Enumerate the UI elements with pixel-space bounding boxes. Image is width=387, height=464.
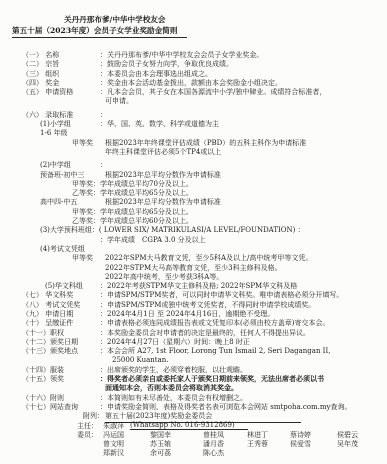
rule-prize-collection: （十五）领奖 ：得奖者必须亲自或委托家人于颁奖日期前来领奖，无法出席者必须以书	[0, 374, 387, 383]
criteria-senior: 高中四-中五 根据2023年总平均分数作为申请标准	[0, 197, 387, 206]
rule-documents: （十） 呈缴证件 ：申请表格必须连同成绩报告表或文凭复印本(必须由校方盖章)寄交…	[0, 318, 387, 327]
member-name: 余可荔	[150, 448, 171, 458]
members-row-1: 委员： 冯运国 黎国幸 曾桂凤 林进丁 蔡诗婷 侯碧云	[0, 430, 387, 439]
rule-chinese-award: （七） 华文科奖 ：申请SPM/STPM奖者，可以同时申请华文科奖。唯申请表格必…	[0, 290, 387, 299]
rule-eligibility: （五） 申请资格 ：凡本会会员，其子女在本国各源流中小学/独中肄业。成绩符合标准…	[0, 87, 387, 96]
criteria-cert-line3: 2022年高中统考，至少考获3科A等。	[0, 272, 387, 281]
appendix-line: 附列： 第五十届(2023年度)奖励金委员会	[0, 411, 387, 420]
rule-criteria: （六） 录取标准 ：	[0, 110, 387, 119]
document-page: 关丹丹那布爹/中华中学校友会 第五十届（2023年度）会员子女学业奖励金简则 （…	[0, 0, 387, 464]
rule-authority: （十一）职权 ：本奖励金委员会对申请者的决定是最终的，任何人不得提出异议。	[0, 328, 387, 337]
rule-cert-award: （八） 考试文凭奖 ：申请SPM/STPM或独中统考文凭奖者，不得同时申请学校成…	[0, 300, 387, 309]
members-row-3: 郑新汉 余可荔 陈心杰	[0, 448, 387, 457]
rule-dress-code: （十四）服装 ：出席颁奖的学生，必须穿着校服，以壮观瞻。	[0, 365, 387, 374]
rule-eligibility-cont: 可申请。	[0, 96, 387, 105]
rule-organization: （三） 组织 ：本委员会由本会理事选出组成之。	[0, 69, 387, 78]
criteria-junior-award-b: 乙等奖：学年成绩总平均65分及以上。	[0, 188, 387, 197]
rule-ceremony-date: （十二）颁奖日期 ：2024年4月27日（星期六）时间：晚上8 时正	[0, 337, 387, 346]
members-row-2: 曾文明 苏玉娘 潘月香 王秀蓉 侯爱雪 吴年茂	[0, 439, 387, 448]
criteria-cert-award-a: 甲等奖 2022年SPM大马教育文凭，至少5科A及以上/高中统考甲等文凭。	[0, 253, 387, 262]
criteria-senior-award-b: 乙等奖：学年成绩总平均60分及以上。	[0, 216, 387, 225]
criteria-preu: (3)大学预科班组：( LOWER SIX/ MATRIKULASI/A LEV…	[0, 225, 387, 234]
criteria-junior: 预备班-初中三 根据2023年总平均分数作为申请标准	[0, 170, 387, 179]
criteria-primary-award-a-cont: 年终主科课堂评估必须5个TP4或以上	[0, 147, 387, 156]
criteria-chinese: (5)华文科组 ：2022年考获STPM华文主修科及格; 2022年SPM华文科…	[0, 281, 387, 290]
director-whatsapp: (Whatsapp No. 016-9312869)	[130, 421, 248, 431]
criteria-secondary: (2)中学组 ：	[0, 160, 387, 169]
criteria-junior-award-a: 甲等奖：学年成绩总平均70分及以上。	[0, 179, 387, 188]
director-line: 主任： 朱淑萍 (Whatsapp No. 016-9312869)	[0, 421, 387, 430]
criteria-senior-award-a: 甲等奖：学年成绩总平均65分及以上。	[0, 207, 387, 216]
rule-fund: （四） 奖金 ：奖金由本会活动基金拨出，款额由本会奖励金小组决定。	[0, 78, 387, 87]
page-title: 关丹丹那布爹/中华中学校友会	[64, 14, 387, 25]
rule-ceremony-venue-cont: 25000 Kuantan.	[0, 356, 387, 365]
criteria-primary: (1)小学组 ：华、国、英、数学、科学或道德为主	[0, 119, 387, 128]
criteria-primary-grade: 1-6 年级	[0, 128, 387, 137]
criteria-cert-line2: 2022年STPM大马高等教育文凭，至少3科主修科及格。	[0, 263, 387, 272]
rule-prize-collection-cont: 面通知本会，否则本委员会将取消其奖金。	[0, 383, 387, 392]
criteria-primary-award-a-cont-text: 年终主科课堂评估必须5个TP4或以上	[105, 147, 221, 157]
criteria-primary-award-a: 甲等奖 根据2023年年终课堂评估成绩（PBD）的五科主科作为申请标准	[0, 138, 387, 147]
rule-ceremony-venue-cont-text: 25000 Kuantan.	[112, 356, 168, 364]
rule-ceremony-venue: （十三）颁奖地点 ：本会会所 A27, 1st Floor, Lorong Tu…	[0, 346, 387, 355]
title-block: 关丹丹那布爹/中华中学校友会 第五十届（2023年度）会员子女学业奖励金简则	[0, 14, 387, 38]
criteria-preu-cont: ：学年成绩 CGPA 3.0 分及以上	[0, 235, 387, 244]
rule-purpose: （二） 宗旨 ：鼓励会员子女努力向学，争取优良成绩。	[0, 59, 387, 68]
member-name: 郑新汉	[103, 448, 124, 458]
rules-list: （一） 名称 ：关丹丹那布爹/中华中学校友会会员子女学业奖金。 （二） 宗旨 ：…	[0, 50, 387, 458]
page-subtitle: 第五十届（2023年度）会员子女学业奖励金简则	[12, 25, 187, 38]
rule-website: （十七）网站查询 ：申请奖励金简则，表格及得奖者名表可浏览本会网站 smtpoh…	[0, 402, 387, 411]
rule-eligibility-cont-text: 可申请。	[105, 96, 133, 106]
criteria-cert: (4)考试文凭组	[0, 244, 387, 253]
member-name: 陈心杰	[203, 448, 224, 458]
rule-apply-date: （九） 申请日期 ：2024年4月1日 至 2024年4月16日，逾期绝不受理。	[0, 309, 387, 318]
rule-name: （一） 名称 ：关丹丹那布爹/中华中学校友会会员子女学业奖金。	[0, 50, 387, 59]
rule-supplementary: （十六）附则 ：本简则如有未尽善处，本委员会有权增删之。	[0, 393, 387, 402]
